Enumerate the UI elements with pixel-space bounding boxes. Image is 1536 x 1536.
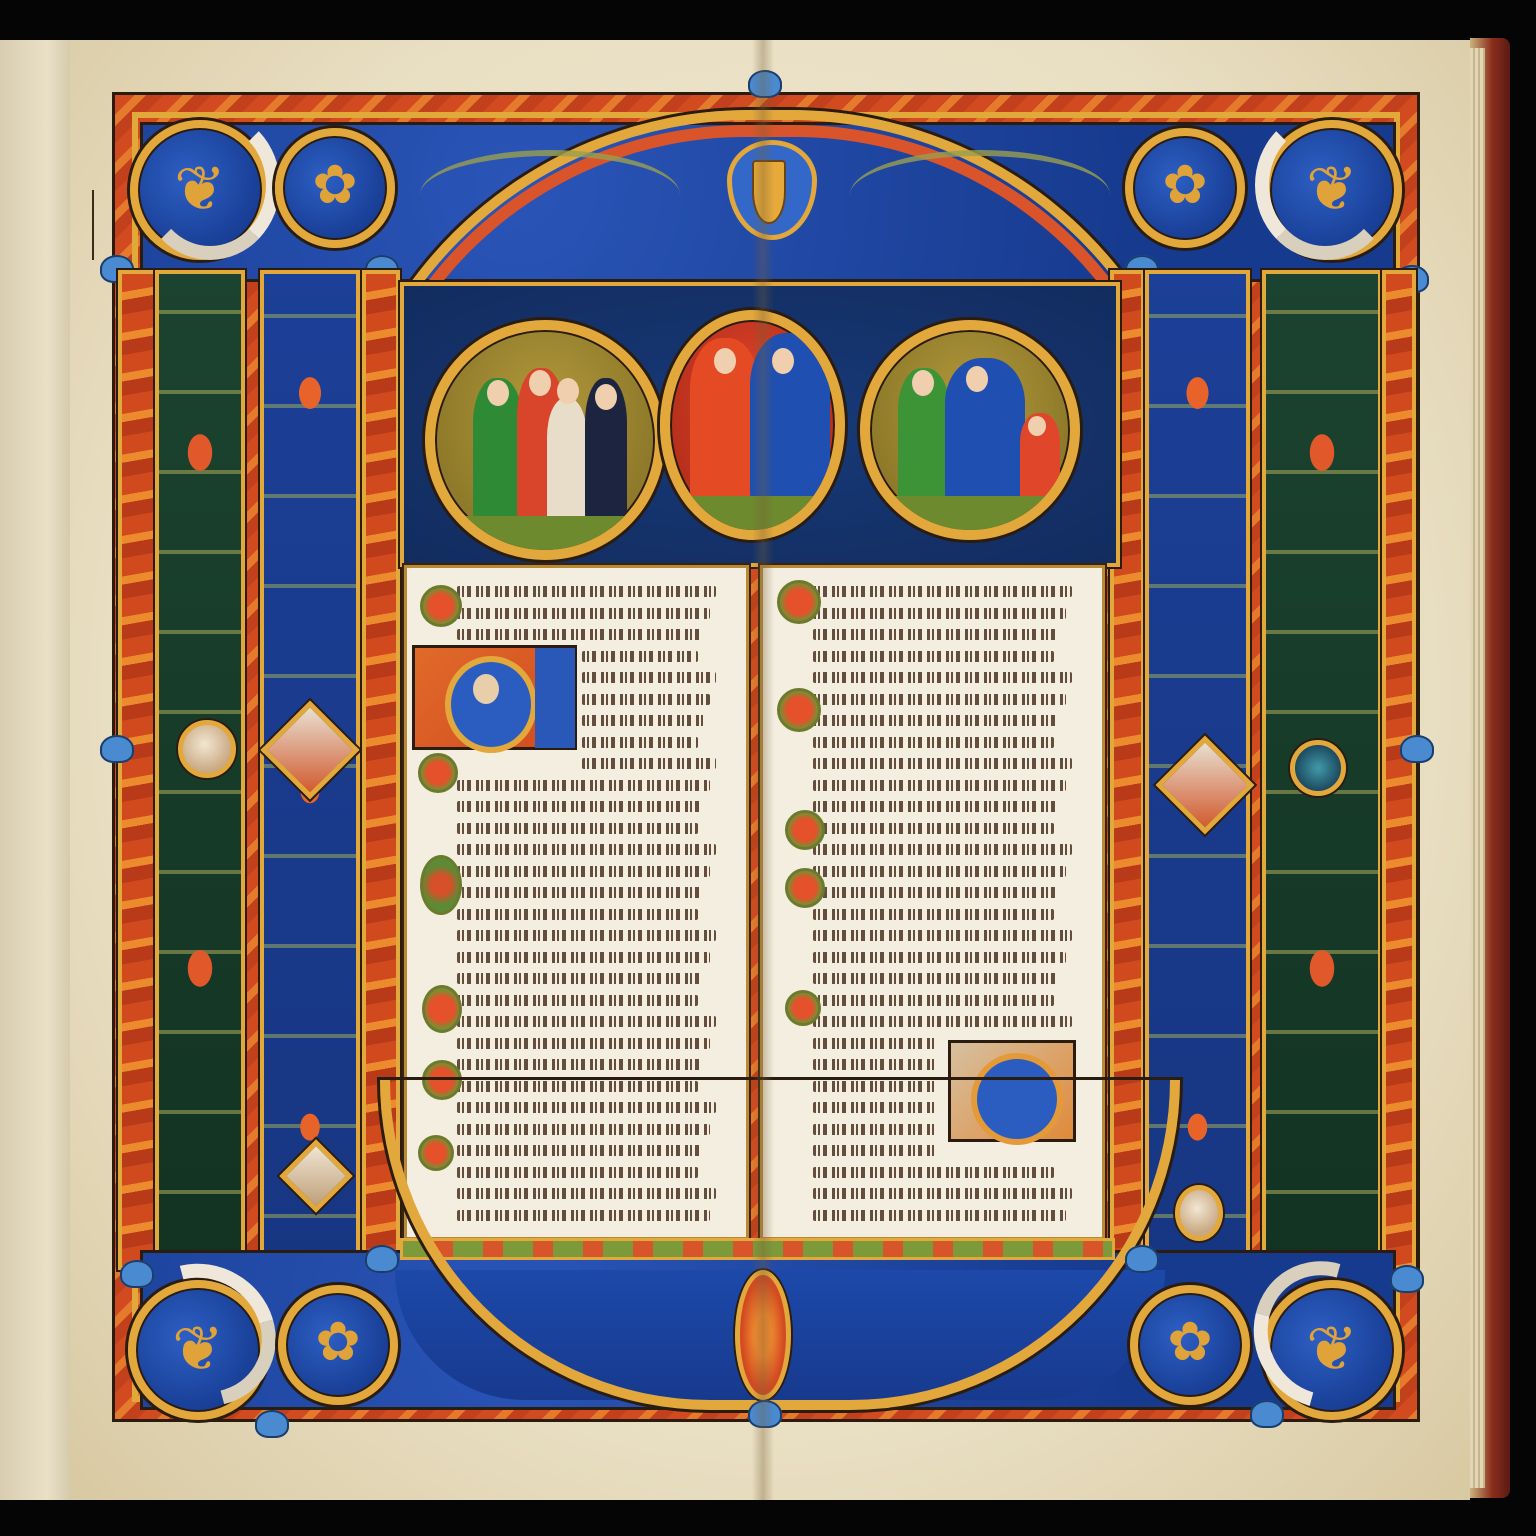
script-line bbox=[813, 672, 1072, 683]
historiated-initial-left bbox=[412, 645, 577, 750]
script-line bbox=[813, 1059, 937, 1070]
blue-letter-stroke bbox=[535, 648, 575, 748]
teal-medallion-right bbox=[1290, 740, 1346, 796]
gold-flower-icon: ✿ bbox=[1138, 1315, 1242, 1369]
script-line bbox=[813, 823, 1054, 834]
corner-roundel-inner: ✿ bbox=[1125, 128, 1245, 248]
script-line bbox=[457, 973, 704, 984]
white-crescent bbox=[1255, 110, 1395, 260]
figure-head bbox=[595, 384, 617, 410]
figure-head bbox=[557, 378, 579, 404]
blue-bud-icon bbox=[1400, 735, 1434, 763]
blue-bud-icon bbox=[255, 1410, 289, 1438]
decorated-initial bbox=[777, 688, 821, 732]
script-line bbox=[457, 866, 710, 877]
figure-head bbox=[912, 370, 934, 396]
decorated-initial bbox=[420, 585, 462, 627]
script-line bbox=[813, 608, 1066, 619]
decorated-initial bbox=[777, 580, 821, 624]
script-line bbox=[457, 780, 710, 791]
script-line bbox=[457, 586, 716, 597]
figure-head bbox=[772, 348, 794, 374]
script-line bbox=[457, 1016, 716, 1027]
grass-ground bbox=[435, 516, 655, 550]
script-line bbox=[457, 801, 704, 812]
script-line bbox=[813, 1016, 1072, 1027]
script-line bbox=[582, 672, 716, 683]
decorated-initial bbox=[418, 753, 458, 793]
margin-mark bbox=[92, 190, 94, 260]
right-outer-orange-strip bbox=[1382, 270, 1416, 1270]
blue-bud-icon bbox=[365, 1245, 399, 1273]
figure-head bbox=[1028, 416, 1046, 436]
miniature-left bbox=[425, 320, 665, 560]
script-line bbox=[813, 995, 1054, 1006]
gold-flower-icon: ✿ bbox=[286, 1315, 390, 1369]
script-line bbox=[582, 715, 704, 726]
corner-roundel-inner: ✿ bbox=[1130, 1285, 1250, 1405]
script-line bbox=[582, 737, 698, 748]
script-line bbox=[813, 887, 1060, 898]
script-line bbox=[813, 909, 1054, 920]
miniature-right bbox=[860, 320, 1080, 540]
script-line bbox=[457, 995, 698, 1006]
blue-bud-icon bbox=[100, 735, 134, 763]
blue-bud-icon bbox=[120, 1260, 154, 1288]
script-line bbox=[582, 758, 716, 769]
script-line bbox=[813, 780, 1066, 791]
decorated-initial bbox=[785, 990, 821, 1026]
grass-ground bbox=[870, 496, 1070, 530]
initial-roundel bbox=[445, 656, 537, 753]
gold-flower-icon: ✿ bbox=[283, 158, 387, 212]
left-outer-orange-strip bbox=[118, 270, 158, 1270]
left-flyleaf bbox=[0, 40, 80, 1500]
figure-head bbox=[966, 366, 988, 392]
script-line bbox=[457, 1059, 704, 1070]
script-line bbox=[813, 801, 1060, 812]
script-line bbox=[457, 629, 704, 640]
book-gutter bbox=[752, 40, 774, 1500]
script-line bbox=[457, 952, 710, 963]
vine-scroll bbox=[850, 150, 1110, 240]
blue-bud-icon bbox=[1250, 1400, 1284, 1428]
blue-bud-icon bbox=[1390, 1265, 1424, 1293]
blue-bud-icon bbox=[1125, 1245, 1159, 1273]
script-line bbox=[457, 909, 698, 920]
vine-scroll bbox=[420, 150, 680, 240]
script-line bbox=[457, 1038, 710, 1049]
flower-bud-medallion-right bbox=[1175, 1185, 1223, 1241]
script-line bbox=[582, 651, 698, 662]
script-line bbox=[813, 844, 1072, 855]
script-line bbox=[813, 715, 1060, 726]
script-line bbox=[457, 608, 710, 619]
script-line bbox=[813, 694, 1066, 705]
corner-roundel-inner: ✿ bbox=[278, 1285, 398, 1405]
script-line bbox=[813, 1038, 937, 1049]
script-line bbox=[813, 866, 1066, 877]
script-line bbox=[813, 758, 1072, 769]
script-line bbox=[813, 973, 1060, 984]
script-line bbox=[813, 930, 1072, 941]
script-line bbox=[457, 823, 698, 834]
script-line bbox=[457, 844, 716, 855]
corner-roundel-inner: ✿ bbox=[275, 128, 395, 248]
script-line bbox=[813, 629, 1060, 640]
pearl-medallion-left bbox=[178, 720, 236, 778]
figure-head bbox=[714, 348, 736, 374]
script-line bbox=[582, 694, 710, 705]
figure-white-gown bbox=[547, 398, 587, 528]
seated-figure-icon bbox=[473, 674, 499, 704]
gold-flower-icon: ✿ bbox=[1133, 158, 1237, 212]
script-line bbox=[813, 952, 1066, 963]
decorated-initial bbox=[422, 985, 462, 1033]
figure-head bbox=[487, 380, 509, 406]
script-line bbox=[813, 737, 1054, 748]
script-line bbox=[813, 586, 1072, 597]
script-line bbox=[457, 887, 704, 898]
decorated-initial bbox=[785, 810, 825, 850]
script-line bbox=[813, 651, 1054, 662]
figure-head bbox=[529, 370, 551, 396]
white-crescent bbox=[140, 110, 280, 260]
script-line bbox=[457, 930, 716, 941]
decorated-initial bbox=[420, 855, 462, 915]
decorated-initial bbox=[785, 868, 825, 908]
